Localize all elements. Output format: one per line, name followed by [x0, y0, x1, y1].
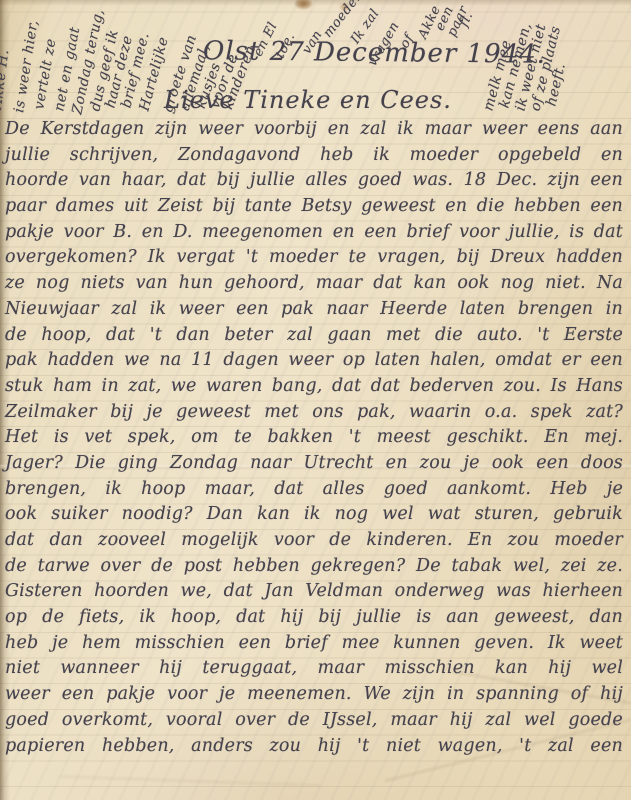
margin-note-line: is weer hier, — [10, 19, 42, 114]
letter-line: paar dames uit Zeist bij tante Betsy gew… — [5, 194, 623, 220]
letter-line: ook suiker noodig? Dan kan ik nog wel wa… — [5, 502, 623, 528]
margin-note-line: Akke — [415, 3, 446, 42]
handwritten-letter-page: Akke H.is weer hier,vertelt zenet en gaa… — [0, 0, 631, 800]
letter-line: Zeilmaker bij je geweest met ons pak, wa… — [5, 400, 623, 426]
letter-line: stuk ham in zat, we waren bang, dat dat … — [5, 374, 623, 400]
date-line: Olst 27 December 1944. — [203, 36, 546, 70]
letter-line: pakje voor B. en D. meegenomen en een br… — [5, 220, 623, 246]
salutation: Lieve Tineke en Cees. — [164, 86, 452, 114]
paper-stain — [295, 0, 312, 9]
letter-line: papieren hebben, anders zou hij 't niet … — [5, 734, 623, 760]
letter-line: de tarwe over de post hebben gekregen? D… — [5, 554, 623, 580]
letter-line: pak hadden we na 11 dagen weer op laten … — [5, 348, 623, 374]
letter-line: op de fiets, ik hoop, dat hij bij jullie… — [5, 605, 623, 631]
margin-note-line: een — [432, 3, 459, 34]
scan-edge-shadow-top — [0, 0, 631, 6]
letter-line: De Kerstdagen zijn weer voorbij en zal i… — [5, 117, 623, 143]
letter-line: de hoop, dat 't dan beter zal gaan met d… — [5, 323, 623, 349]
margin-note-line: Zondag terug, — [68, 7, 108, 116]
margin-note-line: paar — [444, 3, 474, 40]
margin-note-line: dus geef ik — [86, 28, 122, 113]
margin-note-line: net en gaat — [50, 25, 84, 113]
paper-wrinkle — [60, 775, 320, 786]
margin-note-line: brief mee. — [118, 31, 154, 110]
letter-line: goed overkomt, vooral over de IJssel, ma… — [5, 708, 623, 734]
margin-note-line: heeft. — [542, 61, 569, 108]
letter-line: ze nog niets van hun gehoord, maar dat k… — [5, 271, 623, 297]
letter-line: weer een pakje voor je meenemen. We zijn… — [5, 682, 623, 708]
margin-note-line: fl. — [456, 9, 478, 30]
letter-line: niet wanneer hij teruggaat, maar misschi… — [5, 656, 623, 682]
letter-line: Gisteren hoorden we, dat Jan Veldman ond… — [5, 579, 623, 605]
margin-note-line: haar deze — [102, 34, 137, 110]
paper-stain — [340, 3, 349, 11]
letter-line: hoorde van haar, dat bij jullie alles go… — [5, 168, 623, 194]
letter-line: overgekomen? Ik vergat 't moeder te vrag… — [5, 245, 623, 271]
margin-note-line: vertelt ze — [30, 37, 60, 111]
letter-line: Nieuwjaar zal ik weer een pak naar Heerd… — [5, 297, 623, 323]
letter-line: dat dan zooveel mogelijk voor de kindere… — [5, 528, 623, 554]
letter-line: Het is vet spek, om te bakken 't meest g… — [5, 425, 623, 451]
letter-line: heb je hem misschien een brief mee kunne… — [5, 631, 623, 657]
letter-line: Jager? Die ging Zondag naar Utrecht en z… — [5, 451, 623, 477]
letter-body: De Kerstdagen zijn weer voorbij en zal i… — [5, 117, 623, 759]
letter-line: brengen, ik hoop maar, dat alles goed aa… — [5, 477, 623, 503]
letter-line: jullie schrijven, Zondagavond heb ik moe… — [5, 143, 623, 169]
